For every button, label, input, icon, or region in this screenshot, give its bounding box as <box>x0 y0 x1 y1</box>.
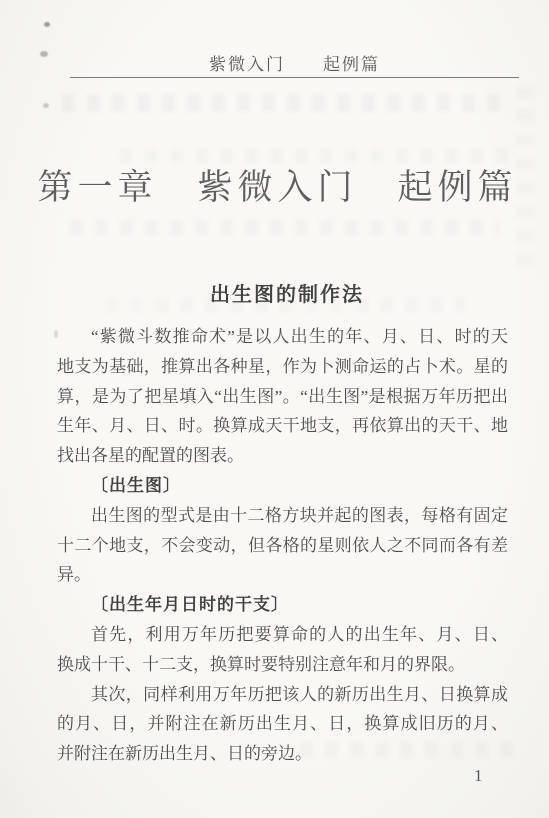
book-page: 紫微入门 起例篇 第一章 紫微入门 起例篇 出生图的制作法 “紫微斗数推命术”是… <box>0 0 549 818</box>
body-line: 出生图的型式是由十二格方块并起的图表，每格有固定的 <box>57 501 508 531</box>
body-line: 换成十干、十二支，换算时要特别注意年和月的界限。 <box>57 650 508 680</box>
chapter-title: 第一章 紫微入门 起例篇 <box>10 160 545 210</box>
body-line: 生年、月、日、时。换算成天干地支，再依算出的天干、地支 <box>57 411 508 441</box>
body-line: 其次，同样利用万年历把该人的新历出生月、日换算成旧 <box>57 680 508 710</box>
body-line: 算，是为了把星填入“出生图”。“出生图”是根据万年历把出 <box>57 382 508 412</box>
subheading-line: 〔出生图〕 <box>57 471 508 501</box>
body-line: 找出各星的配置的图表。 <box>57 441 508 471</box>
body-line: 十二个地支，不会变动，但各格的星则依人之不同而各有差 <box>57 531 508 561</box>
body-line: 首先，利用万年历把要算命的人的出生年、月、日、时， <box>57 620 508 650</box>
running-header: 紫微入门 起例篇 <box>70 50 519 75</box>
ink-speck <box>40 51 48 57</box>
ink-speck <box>44 22 50 27</box>
body-line: “紫微斗数推命术”是以人出生的年、月、日、时的天干、 <box>57 322 508 352</box>
body-line: 地支为基础，推算出各种星，作为卜测命运的占卜术。星的推 <box>57 352 508 382</box>
ink-speck <box>43 103 49 108</box>
body-line: 的月、日，并附注在新历出生月、日，换算成旧历的月、日， <box>57 709 508 739</box>
section-heading: 出生图的制作法 <box>25 278 549 307</box>
body-line: 并附注在新历出生月、日的旁边。 <box>57 739 508 769</box>
page-number: 1 <box>474 766 483 786</box>
body-text: “紫微斗数推命术”是以人出生的年、月、日、时的天干、 地支为基础，推算出各种星，… <box>57 322 508 769</box>
body-line: 异。 <box>57 560 508 590</box>
bleedthrough-smudge <box>70 219 500 236</box>
bleedthrough-smudge <box>62 94 512 112</box>
header-rule <box>70 77 519 78</box>
subheading-line: 〔出生年月日时的干支〕 <box>57 590 508 620</box>
